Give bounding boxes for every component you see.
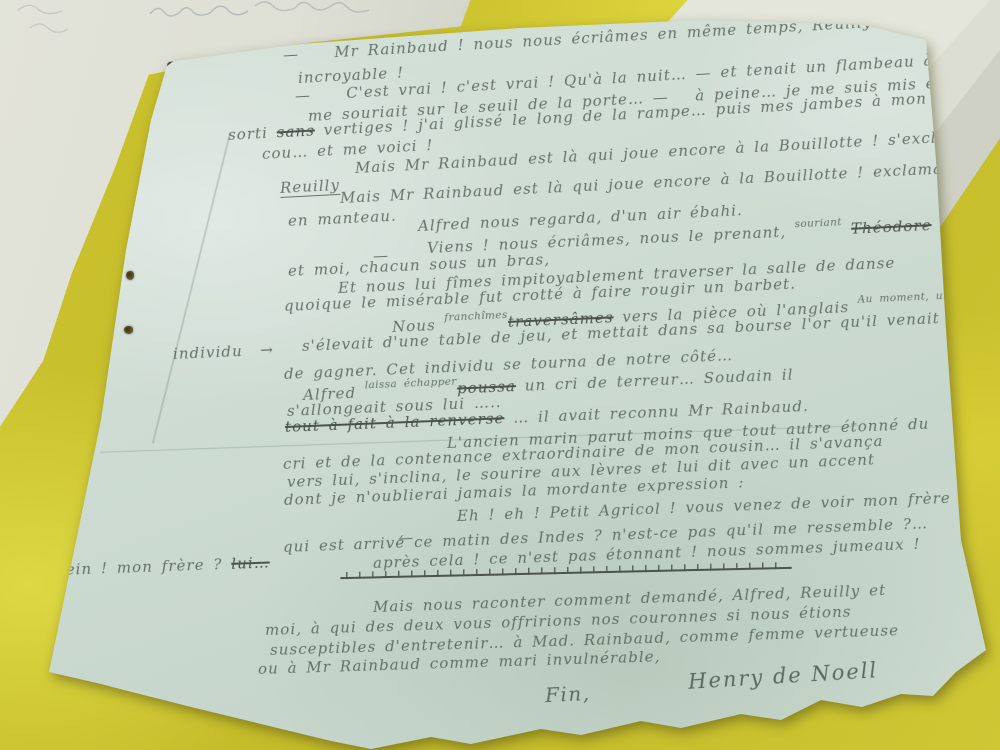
manuscript-lines: — Mr Rainbaud ! nous nous écriâmes en mê… [40, 8, 995, 750]
photo-scene: 16 — Mr Rainbaud ! nous nous écriâmes en… [0, 0, 1000, 750]
closing-word: Fin, [544, 681, 591, 707]
margin-note-hein: hein ! mon frère ? lui… [55, 554, 270, 579]
manuscript-paper: 16 — Mr Rainbaud ! nous nous écriâmes en… [40, 8, 995, 750]
manuscript-page: 16 — Mr Rainbaud ! nous nous écriâmes en… [40, 8, 995, 750]
manuscript-line: en manteau. [288, 207, 398, 230]
page-number: 16 [151, 39, 175, 61]
margin-note-individu: individu → [173, 341, 275, 363]
margin-note-reuilly: Reuilly [280, 176, 341, 197]
